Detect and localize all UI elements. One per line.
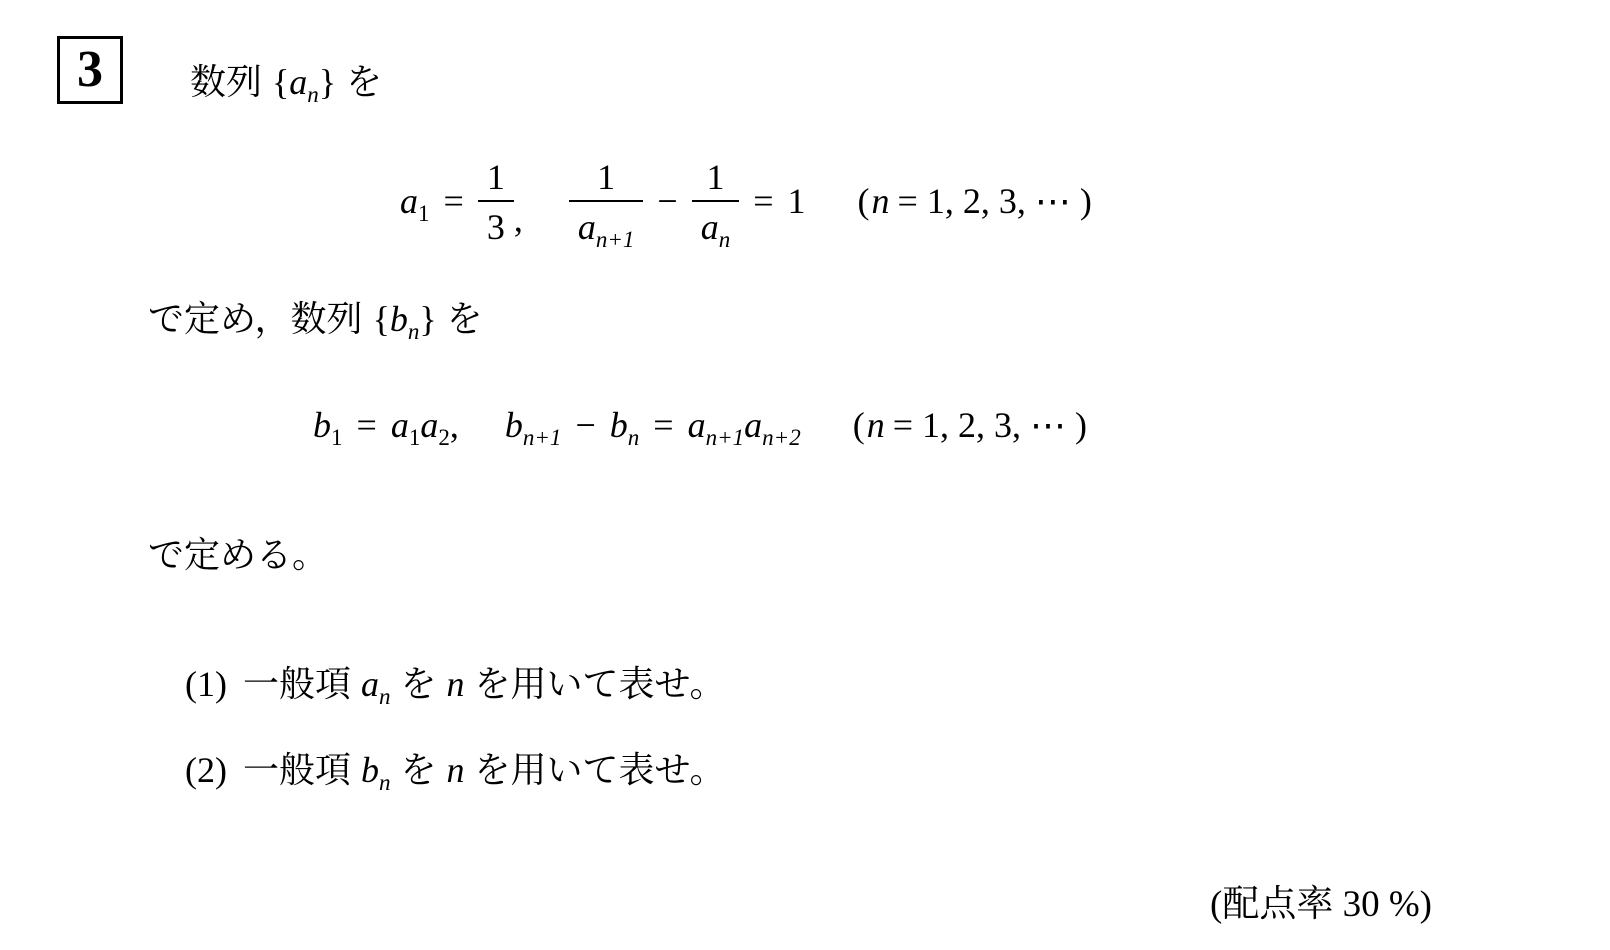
subscript-1: 1: [331, 424, 343, 450]
formula-a-definition: a1 = 1 3 , 1 an+1 − 1 an = 1 (n= 1, 2, 3…: [400, 148, 1092, 256]
equals-sign: =: [357, 405, 377, 446]
var-n: n: [872, 181, 890, 221]
particle-wo: を: [346, 62, 382, 102]
subscript-n: n: [408, 318, 420, 344]
brace-open: {: [272, 62, 289, 102]
condition-n-range: (n= 1, 2, 3, ⋯ ): [853, 405, 1087, 446]
problem-number-box: 3: [57, 36, 123, 104]
subscript-n: n: [307, 81, 319, 107]
particle-wo: を: [447, 299, 483, 339]
var-b: b: [505, 405, 523, 445]
question-1-label: (1): [185, 664, 227, 704]
var-a: a: [420, 405, 438, 445]
var-a: a: [289, 62, 307, 102]
var-a: a: [391, 405, 409, 445]
math-sequence-a: {an}: [272, 62, 336, 102]
subscript-n-plus-1: n+1: [706, 424, 745, 450]
var-n: n: [447, 750, 465, 790]
formula-b-definition: b1 = a1a2 , bn+1 − bn = an+1an+2 (n= 1, …: [313, 405, 1087, 446]
denominator: 3: [478, 200, 514, 245]
score-note-text: (配点率 30 %): [1210, 884, 1432, 925]
subscript-n-plus-1: n+1: [596, 226, 635, 252]
particle-wo: を: [401, 750, 437, 790]
sequence-a-intro-line: 数列{an}を: [190, 60, 382, 105]
math-b-n: bn: [361, 750, 391, 790]
equals-sign: =: [444, 181, 464, 222]
subscript-1: 1: [418, 200, 430, 226]
condition-n-range: (n= 1, 2, 3, ⋯ ): [858, 181, 1092, 222]
question-1-pre: 一般項: [243, 664, 351, 704]
minus-sign: −: [657, 181, 677, 222]
condition-values: = 1, 2, 3, ⋯ ): [898, 181, 1092, 221]
brace-open: {: [373, 299, 390, 339]
particle-wo: を: [401, 664, 437, 704]
comma: ,: [450, 405, 459, 446]
subscript-n-plus-2: n+2: [762, 424, 801, 450]
var-n: n: [867, 405, 885, 445]
term-b-n: bn: [610, 405, 640, 446]
numerator: 1: [588, 159, 624, 200]
brace-close: }: [319, 62, 336, 102]
term-b1: b1: [313, 405, 343, 446]
brace-close: }: [419, 299, 436, 339]
value-one: 1: [788, 181, 806, 222]
term-b-n-plus-1: bn+1: [505, 405, 562, 446]
var-b: b: [390, 299, 408, 339]
intro-a-text: 数列: [190, 62, 262, 102]
term-a1a2: a1a2: [391, 405, 450, 446]
question-2: (2)一般項bnをnを用いて表せ。: [185, 748, 725, 793]
equals-sign: =: [653, 405, 673, 446]
condition-values: = 1, 2, 3, ⋯ ): [893, 405, 1087, 445]
paren-open: (: [853, 405, 865, 445]
problem-number: 3: [77, 44, 103, 96]
intro-b-text: で定め，数列: [148, 299, 363, 339]
var-a: a: [688, 405, 706, 445]
subscript-1: 1: [409, 424, 421, 450]
closing-line: で定める。: [148, 533, 328, 578]
question-2-label: (2): [185, 750, 227, 790]
subscript-n: n: [379, 769, 391, 795]
var-a: a: [701, 207, 719, 247]
question-2-pre: 一般項: [243, 750, 351, 790]
minus-sign: −: [575, 405, 595, 446]
subscript-n: n: [719, 226, 731, 252]
fraction-one-over-a-n: 1 an: [692, 159, 740, 245]
var-b: b: [361, 750, 379, 790]
question-2-post: を用いて表せ。: [475, 750, 726, 790]
closing-text: で定める。: [148, 535, 328, 575]
math-a-n: an: [361, 664, 391, 704]
denominator: an+1: [569, 200, 644, 245]
sequence-b-intro-line: で定め，数列{bn}を: [148, 297, 483, 342]
denominator: an: [692, 200, 740, 245]
subscript-n-plus-1: n+1: [523, 424, 562, 450]
question-1: (1)一般項anをnを用いて表せ。: [185, 662, 725, 707]
equals-sign: =: [753, 181, 773, 222]
subscript-n: n: [628, 424, 640, 450]
subscript-2: 2: [438, 424, 450, 450]
var-a: a: [361, 664, 379, 704]
fraction-one-third: 1 3: [478, 159, 514, 245]
var-b: b: [610, 405, 628, 445]
paren-open: (: [858, 181, 870, 221]
score-note: (配点率 30 %): [1210, 873, 1432, 927]
term-a1: a1: [400, 181, 430, 222]
fraction-one-over-a-n-plus-1: 1 an+1: [569, 159, 644, 245]
numerator: 1: [697, 159, 733, 200]
comma: ,: [514, 199, 523, 240]
var-a: a: [744, 405, 762, 445]
term-a-n1-a-n2: an+1an+2: [688, 405, 801, 446]
math-sequence-b: {bn}: [373, 299, 437, 339]
var-a: a: [400, 181, 418, 221]
var-a: a: [578, 207, 596, 247]
numerator: 1: [478, 159, 514, 200]
question-1-post: を用いて表せ。: [475, 664, 726, 704]
var-b: b: [313, 405, 331, 445]
var-n: n: [447, 664, 465, 704]
exam-problem-page: 3 数列{an}を a1 = 1 3 , 1 an+1 − 1 an = 1 (…: [0, 0, 1610, 950]
subscript-n: n: [379, 683, 391, 709]
